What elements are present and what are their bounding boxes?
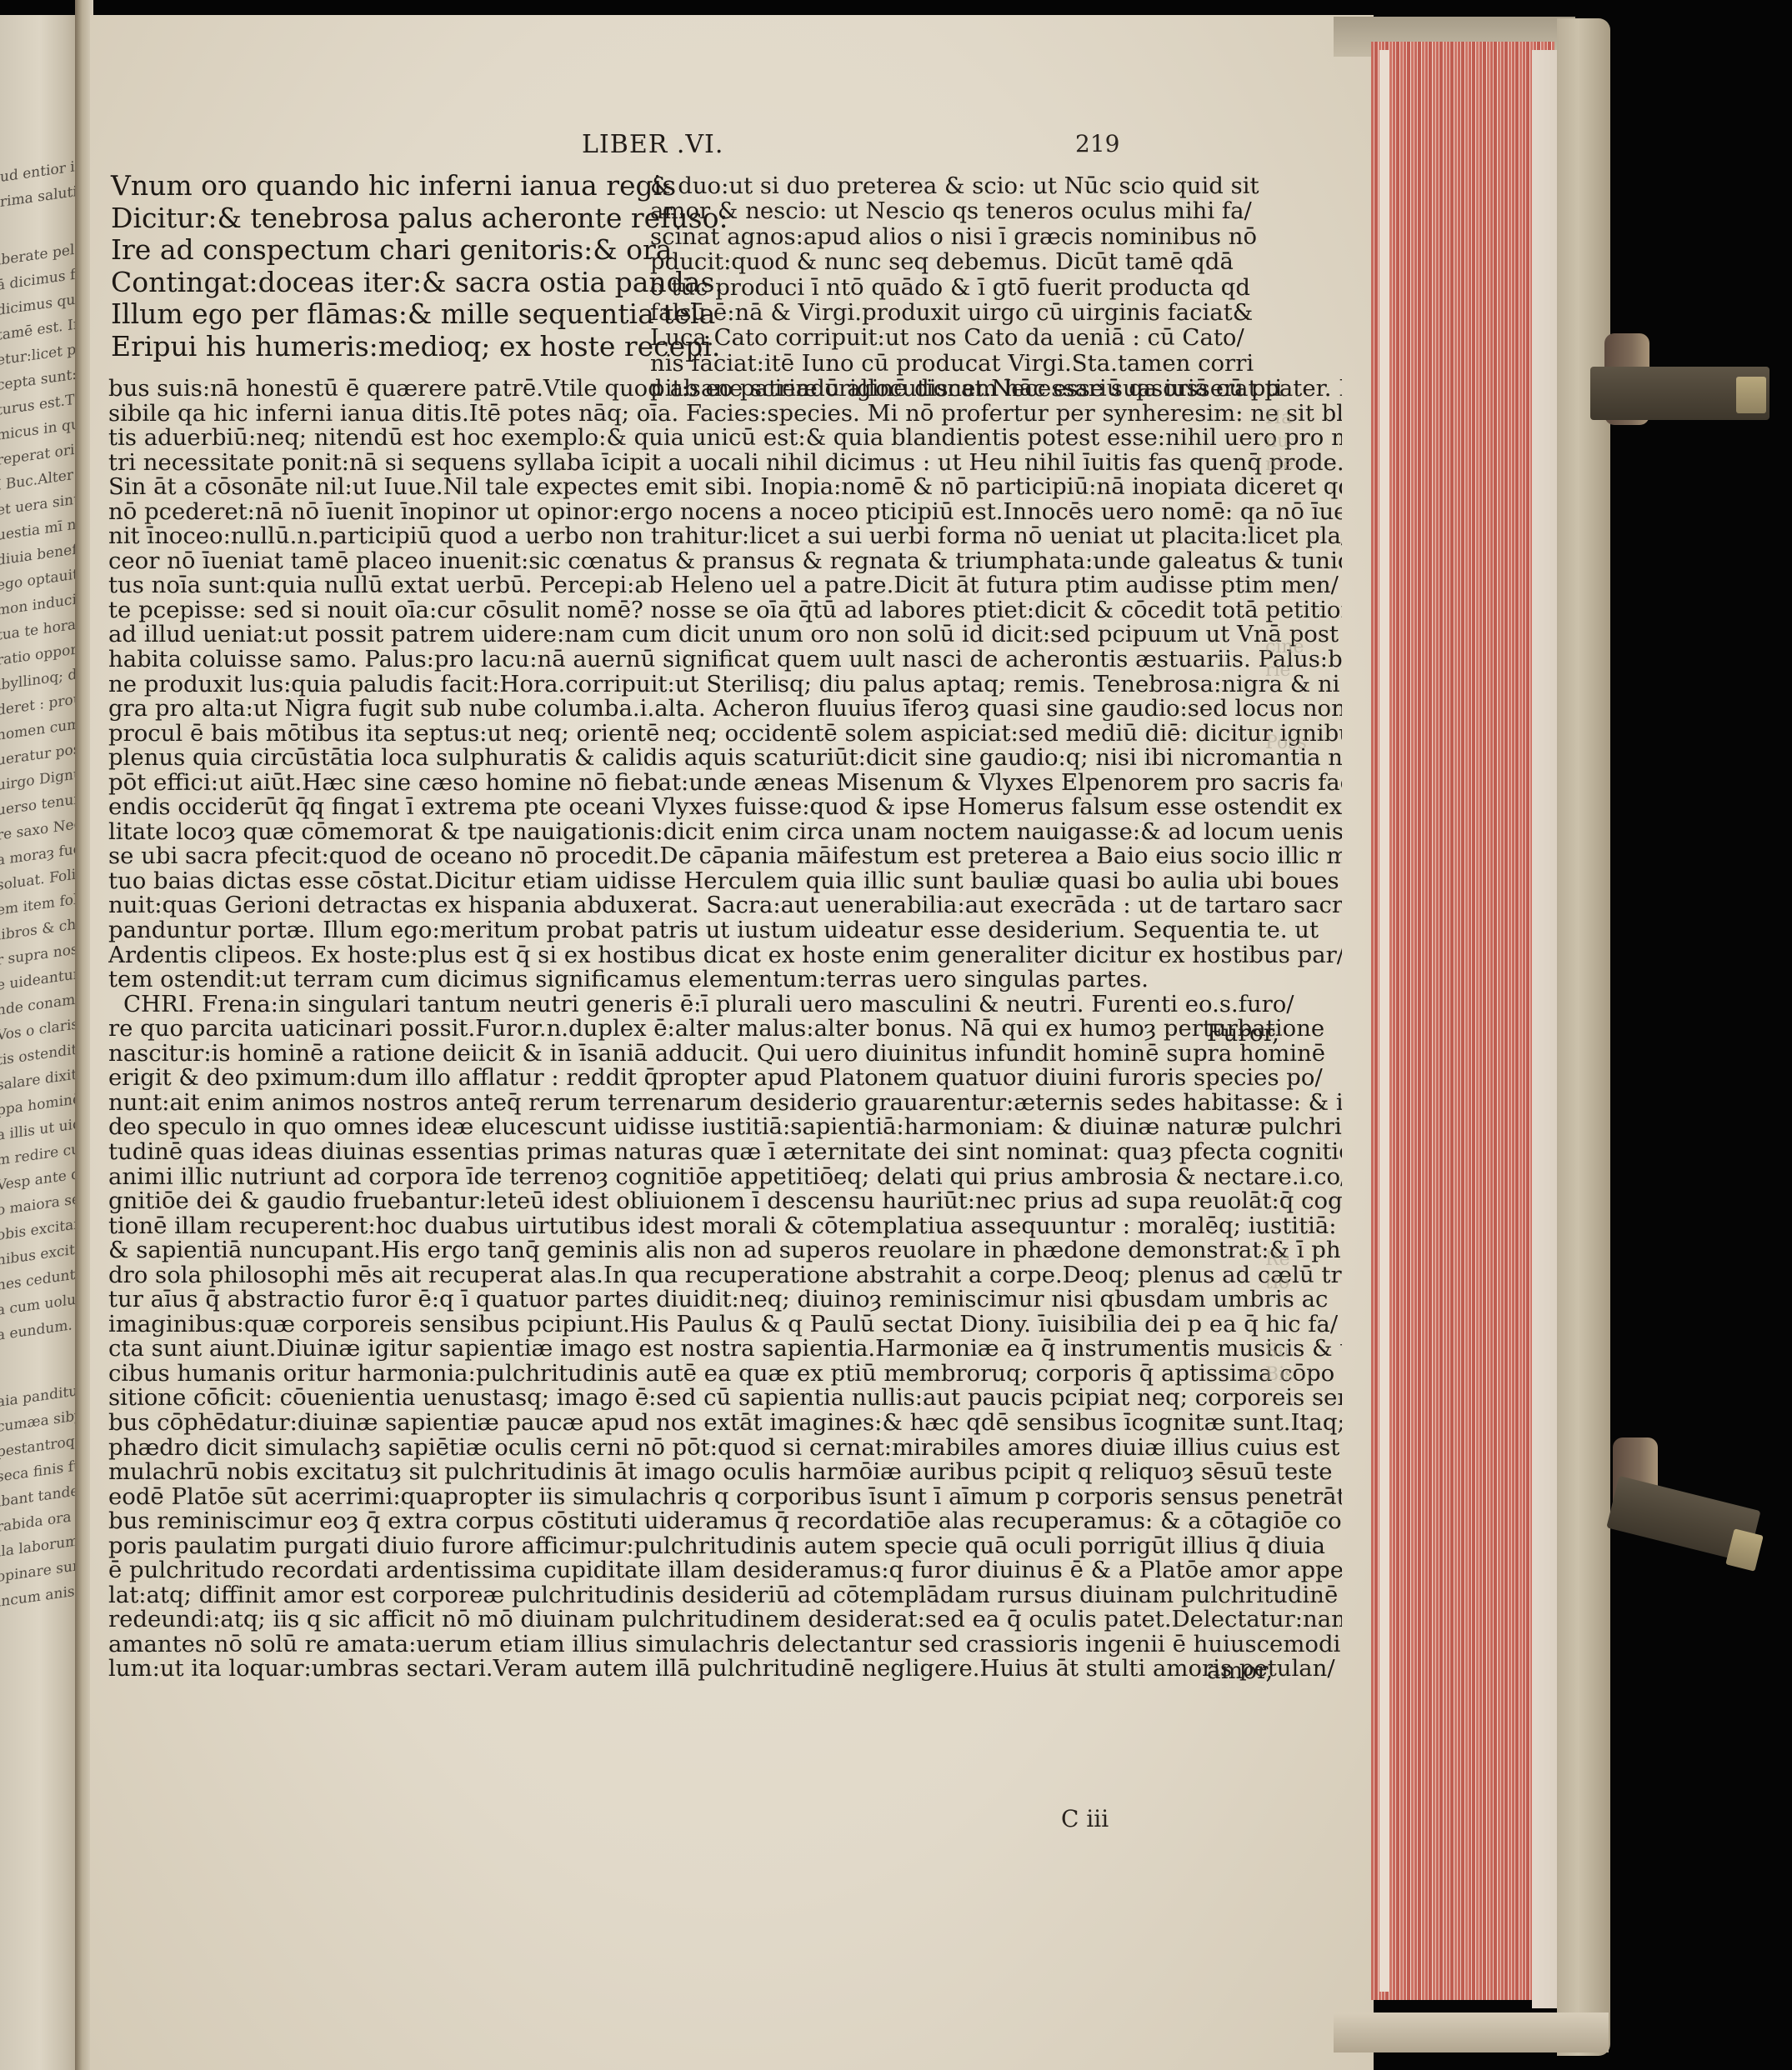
commentary-line: litate locoȝ quæ cōmemorat & tpe nauigat… xyxy=(108,820,1342,845)
left-page-text-fragment: re saxo Nec reuocaf xyxy=(0,817,80,843)
running-head: LIBER .VI. xyxy=(582,130,723,159)
commentary-line: cta sunt aiunt.Diuinæ igitur sapientiæ i… xyxy=(108,1337,1342,1362)
commentary-line: & duo:ut si duo preterea & scio: ut Nūc … xyxy=(650,173,1342,198)
commentary-line: procul ē bais mōtibus ita septus:ut neq;… xyxy=(108,722,1342,747)
commentary-line: nuit:quas Gerioni detractas ex hispania … xyxy=(108,893,1342,918)
verse-line: Eripui his humeris:medioq; ex hoste rece… xyxy=(111,331,719,363)
left-page-text-fragment: obis excitari terra idest xyxy=(0,1217,80,1243)
commentary-line: amor & nescio: ut Nescio qs teneros ocul… xyxy=(650,198,1342,223)
commentary-line: mulachrū nobis excitatuȝ sit pulchritudi… xyxy=(108,1460,1342,1485)
left-page-text-fragment: opinare surgit xyxy=(0,1559,80,1585)
commentary-line: tionē illam recuperent:hoc duabus uirtut… xyxy=(108,1214,1342,1239)
commentary-line: se ubi sacra pfecit:quod de oceano nō pr… xyxy=(108,844,1342,869)
left-page-text-fragment: rabida ora quiescunt xyxy=(0,1509,80,1535)
commentary-line: plenus quia circūstātia loca sulphuratis… xyxy=(108,746,1342,771)
left-page-text-fragment: ppa hominē est relin xyxy=(0,1092,80,1118)
verse-line: Vnum oro quando hic inferni ianua regis xyxy=(111,170,719,202)
left-page-text-fragment: diuia beneficia. Add xyxy=(0,542,80,568)
book-scan: ud entior ito:rima salutisiberate pelago… xyxy=(0,0,1792,2070)
left-page-text-fragment: a cum uoluptate diui xyxy=(0,1292,80,1318)
commentary-line: imaginibus:quæ corporeis sensibus pcipiu… xyxy=(108,1312,1342,1337)
signature-mark: C iii xyxy=(1061,1805,1109,1832)
marginal-note-furor: Furor, xyxy=(1207,1019,1279,1047)
left-page-text-fragment: reperat origo: Inac xyxy=(0,442,80,468)
commentary-line: bus cōphēdatur:diuinæ sapientiæ paucæ ap… xyxy=(108,1411,1342,1436)
commentary-line: nis faciat:itē Iuno cū producat Virgi.St… xyxy=(650,351,1342,376)
commentary-line: tri necessitate ponit:nā si sequens syll… xyxy=(108,451,1342,476)
left-page-text-fragment: aia panditur abrube. xyxy=(0,1384,80,1410)
commentary-line: lat:atq; diffinit amor est corporeæ pulc… xyxy=(108,1583,1342,1608)
left-page-text-fragment: incum anis perg xyxy=(0,1584,80,1610)
commentary-line: tem ostendit:ut terram cum dicimus signi… xyxy=(108,967,1342,992)
left-page-text-fragment: dicimus qui cōp xyxy=(0,292,80,318)
commentary-line: scinat agnos:apud alios o nisi ī græcis … xyxy=(650,224,1342,249)
recto-page: LIBER .VI. 219 Vnum oro quando hic infer… xyxy=(90,15,1374,2070)
left-page-text-fragment: lla laborum xyxy=(0,1534,80,1560)
left-page-text-fragment: nde conamur illud xyxy=(0,992,80,1018)
left-page-text-fragment: cepta sunt:ut Latiu xyxy=(0,367,80,393)
left-page-text-fragment: a illis ut uidemus q xyxy=(0,1117,80,1143)
left-page-text-fragment: a moraȝ fuerint dispen xyxy=(0,842,80,868)
commentary-line: gra pro alta:ut Nigra fugit sub nube col… xyxy=(108,697,1342,722)
left-page-text-fragment: tua te hora pmittit & xyxy=(0,617,80,643)
show-through-text: Poss xyxy=(1265,732,1307,755)
commentary-line: ceor nō īueniat tamē placeo inuenit:sic … xyxy=(108,549,1342,574)
left-page-fragment: ud entior ito:rima salutisiberate pelago… xyxy=(0,15,80,2070)
verse-line: Ire ad conspectum chari genitoris:& ora xyxy=(111,234,719,267)
commentary-line: eodē Platōe sūt acerrimi:quapropter iis … xyxy=(108,1485,1342,1510)
commentary-line: Ardentis clipeos. Ex hoste:plus est q̄ s… xyxy=(108,943,1342,968)
verse-line: Illum ego per flāmas:& mille sequentia t… xyxy=(111,298,719,331)
left-page-text-fragment: turus est.Turnus:u xyxy=(0,392,80,418)
left-page-text-fragment: o maiora sese undiq; xyxy=(0,1192,80,1218)
left-page-text-fragment: ud entior ito: xyxy=(0,159,80,185)
commentary-line: cibus humanis oritur harmonia:pulchritud… xyxy=(108,1362,1342,1387)
left-page-text-fragment: ratio opportunitas, xyxy=(0,642,80,668)
left-page-text-fragment: mon inducit & bene xyxy=(0,592,80,618)
commentary-main: bus suis:nā honestū ē quærere patrē.Vtil… xyxy=(108,377,1342,1682)
commentary-line: endis occiderūt q̄q fingat ī extrema pte… xyxy=(108,795,1342,820)
left-page-text-fragment: m redire cupiens om xyxy=(0,1142,80,1168)
commentary-line: bus reminiscimur eoȝ q̄ extra corpus cōs… xyxy=(108,1509,1342,1534)
commentary-line: tus noīa sunt:quia nullū extat uerbū. Pe… xyxy=(108,573,1342,598)
left-page-text-fragment: em item folia dicimus xyxy=(0,892,80,918)
left-page-text-fragment: Vos o clarissima mū xyxy=(0,1017,80,1043)
left-page-text-fragment: etur:licet possit ad xyxy=(0,342,80,368)
commentary-line: Sin āt a cōsonāte nil:ut Iuue.Nil tale e… xyxy=(108,475,1342,500)
left-page-text-fragment: r supra nostras uires xyxy=(0,942,80,968)
commentary-line: nunt:ait enim animos nostros anteq̄ reru… xyxy=(108,1091,1342,1116)
left-page-text-fragment: nes cedunt:& uelut ea xyxy=(0,1267,80,1293)
left-page-text-fragment: uirgo Dignum ne xyxy=(0,767,80,793)
left-page-text-fragment: a eundum. xyxy=(0,1317,80,1343)
commentary-line: pducit:quod & nunc seq debemus. Dicūt ta… xyxy=(650,249,1342,274)
left-page-text-fragment: micus in quē cecid xyxy=(0,417,80,443)
left-page-text-fragment: deret : prouidus decē xyxy=(0,692,80,718)
left-page-text-fragment: tamē est. In regn xyxy=(0,317,80,343)
commentary-line: tis aduerbiū:neq; nitendū est hoc exempl… xyxy=(108,426,1342,451)
left-page-text-fragment: ueratur possibili ora xyxy=(0,742,80,768)
commentary-line: ad illud ueniat:ut possit patrem uidere:… xyxy=(108,622,1342,647)
left-page-text-fragment: ibyllinoq; dicti sunt xyxy=(0,667,80,693)
commentary-line: falsū ē:nā & Virgi.produxit uirgo cū uir… xyxy=(650,300,1342,325)
left-page-text-fragment: seca finis fureri xyxy=(0,1459,80,1485)
red-sprinkled-fore-edge xyxy=(1371,42,1554,2000)
fore-edge-highlight xyxy=(1379,50,1389,1992)
commentary-line: tudinē quas ideas diuinas essentias prim… xyxy=(108,1140,1342,1165)
commentary-line: o tūc produci ī ntō quādo & ī gtō fuerit… xyxy=(650,275,1342,300)
left-page-text-fragment: pestantroq; remugit xyxy=(0,1434,80,1460)
commentary-line: habita coluisse samo. Palus:pro lacu:nā … xyxy=(108,647,1342,672)
commentary-line: lum:ut ita loquar:umbras sectari.Veram a… xyxy=(108,1657,1342,1682)
left-page-text-fragment: rima salutis xyxy=(0,184,80,210)
commentary-line: CHRI. Frena:in singulari tantum neutri g… xyxy=(108,992,1342,1017)
commentary-line: Luca.Cato corripuit:ut nos Cato da ueniā… xyxy=(650,325,1342,350)
left-page-text-fragment: uestia mī nec debet m xyxy=(0,517,80,543)
verse-line: Dicitur:& tenebrosa palus acheronte refu… xyxy=(111,202,719,235)
commentary-line: te pcepisse: sed si nouit oīa:cur cōsuli… xyxy=(108,598,1342,623)
commentary-line: nit īnoceo:nullū.n.participiū quod a uer… xyxy=(108,524,1342,549)
left-page-text-fragment: ibant tandem apoll xyxy=(0,1484,80,1510)
verse-block: Vnum oro quando hic inferni ianua regis … xyxy=(111,170,719,362)
commentary-line: deo speculo in quo omnes ideæ elucescunt… xyxy=(108,1115,1342,1140)
left-page-text-fragment: ī Buc.Alter erit tūc xyxy=(0,467,80,493)
left-page-text-fragment: salare dixit Aristo.eos xyxy=(0,1067,80,1093)
show-through-text: Hanunie xyxy=(1265,407,1294,477)
commentary-line: pōt effici:ut aiūt.Hæc sine cæso homine … xyxy=(108,771,1342,796)
binding-bottom-edge xyxy=(1334,2012,1609,2052)
commentary-line: re quo parcita uaticinari possit.Furor.n… xyxy=(108,1017,1342,1042)
commentary-line: panduntur portæ. Illum ego:meritum proba… xyxy=(108,918,1342,943)
commentary-line: amantes nō solū re amata:uerum etiam ill… xyxy=(108,1632,1342,1657)
left-page-text-fragment: ā dicimus functo xyxy=(0,267,80,293)
left-page-text-fragment: libros & chartæ ex pa xyxy=(0,917,80,943)
left-page-text-fragment: et uera sint latent und xyxy=(0,492,80,518)
commentary-line: tuo baias dictas esse cōstat.Dicitur eti… xyxy=(108,869,1342,894)
left-page-text-fragment: nibus excitatur:sed p xyxy=(0,1242,80,1268)
commentary-line: sitione cōficit: cōuenientia uenustasq; … xyxy=(108,1386,1342,1411)
left-page-text-fragment: e uideantur. Excus xyxy=(0,967,80,993)
folio-number: 219 xyxy=(1075,130,1119,157)
show-through-text: SuBis xyxy=(1265,1340,1294,1387)
show-through-text: Retio xyxy=(1265,1248,1290,1295)
show-through-text: cinerie xyxy=(1265,636,1304,682)
commentary-line: ē pulchritudo recordati ardentissima cup… xyxy=(108,1558,1342,1583)
commentary-line: ne produxit lus:quia paludis facit:Hora.… xyxy=(108,672,1342,697)
commentary-line: bus suis:nā honestū ē quærere patrē.Vtil… xyxy=(108,377,1342,402)
left-page-text-fragment: soluat. Foliis folia xyxy=(0,867,80,893)
commentary-line: dro sola philosophi mēs ait recuperat al… xyxy=(108,1263,1342,1288)
upper-clasp-brass-tip xyxy=(1736,377,1766,413)
commentary-line: sibile qa hic inferni ianua ditis.Itē po… xyxy=(108,402,1342,427)
left-page-text-fragment: tis ostendit & Orphe xyxy=(0,1042,80,1068)
commentary-line: poris paulatim purgati diuio furore affi… xyxy=(108,1534,1342,1559)
marginal-note-amor: amor, xyxy=(1207,1657,1273,1684)
left-page-text-fragment: uerso tenuis in ordine xyxy=(0,792,80,818)
commentary-line: animi illic nutriunt ad corpora īde terr… xyxy=(108,1165,1342,1190)
vellum-binding xyxy=(1557,18,1610,2056)
commentary-line: erigit & deo pximum:dum illo afflatur : … xyxy=(108,1066,1342,1091)
verse-line: Contingat:doceas iter:& sacra ostia pand… xyxy=(111,267,719,299)
left-page-text-fragment: nomen cum deinceps xyxy=(0,717,80,743)
left-page-text-fragment: cumæa sibylla xyxy=(0,1409,80,1435)
commentary-line: nō pcederet:nā nō īuenit īnopinor ut opi… xyxy=(108,500,1342,525)
commentary-line: & sapientiā nuncupant.His ergo tanq̄ gem… xyxy=(108,1238,1342,1263)
commentary-line: tur aīus q̄ abstractio furor ē:q ī quatu… xyxy=(108,1287,1342,1312)
left-page-text-fragment: Vesp ante q iis uirtutibus xyxy=(0,1167,80,1193)
commentary-top: & duo:ut si duo preterea & scio: ut Nūc … xyxy=(650,173,1342,402)
left-page-text-fragment: iberate pelago:se xyxy=(0,242,80,268)
commentary-line: redeundi:atq; iis q sic afficit nō mō di… xyxy=(108,1607,1342,1632)
commentary-line: nascitur:is hominē a ratione deiicit & i… xyxy=(108,1042,1342,1067)
commentary-line: gnitiōe dei & gaudio fruebantur:leteū id… xyxy=(108,1189,1342,1214)
left-page-text-fragment: ego optauit ostēdit fa xyxy=(0,567,80,593)
commentary-line: phædro dicit simulachȝ sapiētiæ oculis c… xyxy=(108,1436,1342,1461)
